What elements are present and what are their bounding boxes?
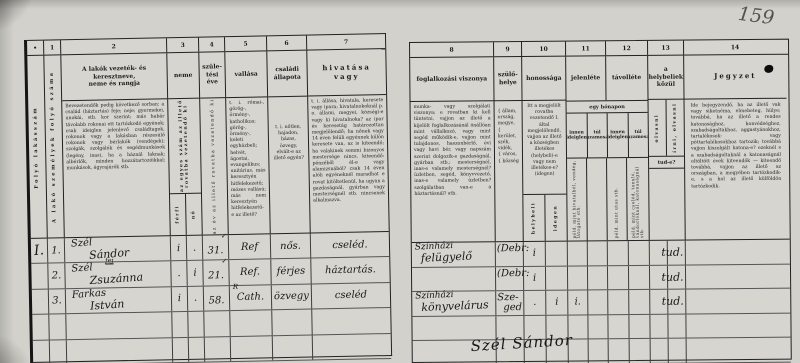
cell-stranger-mark: i bbox=[546, 291, 568, 315]
page-number-handwritten: 159 bbox=[737, 3, 776, 29]
family-status-title: családi állapota bbox=[267, 51, 307, 98]
col-number: 13 bbox=[648, 41, 684, 55]
occupation-instructions: t. i. állása, hivatala, keresete vagy ip… bbox=[308, 95, 389, 232]
col-number: 6 bbox=[267, 36, 307, 51]
col-citizenship: honossága Itt a megjelölt rovatba vezete… bbox=[522, 57, 568, 241]
cell-empty bbox=[67, 338, 173, 363]
can-do-band: tud-e? bbox=[649, 156, 684, 169]
cell-absence-mark bbox=[608, 290, 629, 314]
cell-write-mark: tud. bbox=[668, 290, 686, 314]
birth-year-title: szüle- tési éve bbox=[199, 52, 225, 98]
presence-example bbox=[587, 158, 607, 240]
col-number: 10 bbox=[522, 42, 566, 56]
cell-empty bbox=[608, 315, 629, 339]
col-number: 8 bbox=[410, 42, 494, 57]
cell-empty bbox=[313, 334, 391, 360]
col-occupation: hivatása vagy t. i. állása, hivatala, ke… bbox=[307, 49, 388, 232]
right-data-rows: Színházifelügyelő (Debr: i tud. (Debr: i… bbox=[412, 239, 791, 363]
cell-empty bbox=[50, 340, 67, 363]
table-row: Színházifelügyelő (Debr: i tud. bbox=[412, 240, 790, 268]
col-number: • bbox=[27, 41, 44, 55]
cell-empty bbox=[668, 314, 686, 338]
literacy-title: a helybeliek közül bbox=[648, 56, 683, 100]
table-row bbox=[413, 338, 791, 363]
absence-example: péld. mint cseléd, tanuló, vándorlóknál,… bbox=[627, 158, 648, 240]
cell-empty bbox=[629, 315, 650, 339]
cell-dwelling-no: I. bbox=[31, 239, 48, 264]
cell-presence-mark bbox=[588, 241, 608, 265]
cell-absence-mark bbox=[629, 290, 650, 314]
cell-empty bbox=[204, 311, 230, 336]
cell-stranger-mark bbox=[546, 242, 568, 266]
cell-write-mark: tud. bbox=[668, 241, 686, 265]
cell-name: Szél Zsuzánna bbox=[65, 262, 171, 288]
employment-relation-instructions: munka- vagy szolgálati viszonya; e rovat… bbox=[411, 101, 495, 242]
absence-title: távolléte bbox=[606, 56, 648, 100]
cell-empty bbox=[312, 308, 390, 334]
male-subcolumn: férfi bbox=[170, 194, 187, 235]
cell-empty bbox=[173, 337, 189, 362]
col-number: 4 bbox=[199, 37, 225, 51]
col-number: 7 bbox=[307, 34, 385, 49]
cell-family-status: férjes bbox=[271, 259, 311, 284]
census-sheet-left-page: • 1 2 3 4 5 6 7 Folyó lakásszám A lakó s… bbox=[24, 33, 392, 363]
citizenship-instructions: Itt a megjelölt rovatba vezetendő I. ált… bbox=[523, 101, 567, 194]
cell-female-mark: . bbox=[187, 236, 203, 261]
cell-local-mark: . bbox=[524, 291, 546, 315]
name-column-instructions: Bevezetendők pedig következő sorban: a c… bbox=[62, 99, 170, 237]
col-literacy: a helybeliek közül olvasni írni, olvasni… bbox=[648, 56, 686, 240]
cell-religion: RCath. bbox=[230, 285, 272, 310]
col-sex: neme az egyes szám az illető rovatba vez… bbox=[167, 53, 202, 236]
sex-column-instructions: az egyes szám az illető rovatba vezetend… bbox=[179, 99, 191, 193]
female-subcolumn: nő bbox=[186, 194, 202, 235]
person-number-label: A lakó személyek folyó száma bbox=[50, 70, 58, 223]
read-write-subcolumn: írni, olvasni bbox=[667, 100, 684, 156]
cell-birthplace: (Debr: bbox=[496, 242, 524, 266]
check-mark: ✓ bbox=[221, 258, 227, 266]
cell-religion: Ref. bbox=[229, 260, 271, 285]
cell-name: Farkas István bbox=[66, 287, 172, 313]
table-row: (Debr: i tud. bbox=[412, 264, 790, 292]
cell-empty bbox=[49, 314, 66, 339]
table-row bbox=[412, 313, 790, 341]
cell-empty bbox=[66, 312, 172, 338]
cell-employment: Színházifelügyelő bbox=[412, 242, 496, 266]
cell-family-status: nős. bbox=[271, 234, 311, 259]
census-sheet-right-page: 8 9 10 11 12 13 14 foglalkozási viszonya… bbox=[409, 39, 792, 363]
check-mark: ✓ bbox=[221, 232, 227, 240]
presence-example: péld. mint hivatalból, vendég, látogató … bbox=[567, 158, 587, 240]
cell-dwelling-no bbox=[31, 264, 48, 289]
cell-birth-year: ✓31. bbox=[203, 235, 229, 260]
citizenship-title: honossága bbox=[522, 57, 565, 101]
col-number: 12 bbox=[606, 41, 648, 55]
col-number: 3 bbox=[167, 38, 199, 53]
birthplace-line: { kerület, bbox=[498, 128, 519, 141]
cell-write-mark: tud. bbox=[668, 265, 686, 289]
cell-presence-mark bbox=[568, 266, 588, 290]
left-header: Folyó lakásszám A lakó személyek folyó s… bbox=[27, 49, 388, 238]
cell-dwelling-no bbox=[32, 289, 49, 314]
cell-empty bbox=[588, 315, 608, 339]
table-row: Színházikönyvelárus Sze-ged . i i. tud. bbox=[412, 289, 790, 317]
col-birthplace: szülő- helye { állam, ország, megye, { k… bbox=[494, 57, 524, 241]
col-presence-absence-group: jelenléte távolléte egy hónapon innen id… bbox=[566, 56, 650, 241]
presence-title: jelenléte bbox=[566, 56, 606, 100]
col-religion: vallása t. i. római-, görög-, örmény-, k… bbox=[225, 51, 270, 234]
cell-empty bbox=[651, 339, 669, 363]
dwelling-number-label: Folyó lakásszám bbox=[34, 105, 41, 188]
cell-male-mark: . bbox=[171, 261, 187, 286]
col-employment-relation: foglalkozási viszonya munka- vagy szolgá… bbox=[410, 57, 496, 242]
cell-stranger-mark bbox=[546, 266, 568, 290]
over-month-prolonged: túl huzamosan bbox=[628, 113, 648, 157]
absence-example: péld. mint utas stb. bbox=[607, 158, 628, 240]
birthplace-title: szülő- helye bbox=[494, 57, 521, 101]
col-name: A lakók vezeték- és keresztneve, neme és… bbox=[61, 53, 170, 237]
cell-empty bbox=[630, 339, 651, 363]
ink-blot bbox=[764, 65, 773, 73]
cell-name: Szél Sándor fej bbox=[65, 236, 171, 262]
family-status-instructions: t. i. nőtlen, hajadon, házas, özvegy, el… bbox=[268, 97, 310, 234]
employment-relation-title: foglalkozási viszonya bbox=[410, 57, 493, 102]
col-number: 1 bbox=[44, 40, 61, 54]
cell-presence-mark: i. bbox=[568, 291, 588, 315]
birth-year-instructions: az év az illető rovatba vezetendő ki bbox=[210, 98, 218, 234]
cell-birthplace: (Debr: bbox=[496, 267, 524, 291]
religion-instructions: t. i. római-, görög-, örmény-, katholiku… bbox=[226, 97, 270, 234]
cell-empty bbox=[230, 310, 272, 335]
stranger-subcolumn: idegen bbox=[545, 195, 566, 241]
cell-empty bbox=[686, 313, 788, 337]
cell-male-mark: i bbox=[172, 287, 188, 312]
name-column-title: A lakók vezeték- és keresztneve, neme és… bbox=[61, 53, 167, 101]
cell-person-no: 2. bbox=[48, 264, 65, 289]
cell-empty bbox=[231, 336, 273, 361]
cell-female-mark: . bbox=[188, 286, 204, 311]
remarks-title: Jegyzet bbox=[684, 55, 786, 100]
cell-empty bbox=[687, 338, 789, 362]
cell-birth-year: ✓21. bbox=[203, 260, 229, 285]
religion-title: vallása bbox=[225, 51, 267, 98]
cell-empty bbox=[188, 312, 204, 337]
cell-empty bbox=[609, 339, 630, 363]
cell-empty bbox=[272, 310, 312, 335]
cell-empty bbox=[33, 340, 50, 363]
cell-occupation: cseléd. bbox=[311, 232, 389, 258]
cell-presence-mark bbox=[568, 241, 588, 265]
col-birth-year: szüle- tési éve az év az illető rovatba … bbox=[199, 52, 228, 234]
col-number: 2 bbox=[61, 38, 167, 54]
cell-empty bbox=[205, 337, 231, 362]
cell-birthplace: Sze-ged bbox=[496, 291, 524, 315]
cell-empty bbox=[189, 337, 205, 362]
birthplace-line: { város, bbox=[498, 152, 519, 158]
col-number: 9 bbox=[494, 42, 522, 56]
cell-empty bbox=[589, 340, 609, 363]
cell-empty bbox=[32, 315, 49, 340]
cell-presence-mark bbox=[588, 290, 608, 314]
col-family-status: családi állapota t. i. nőtlen, hajadon, … bbox=[267, 51, 310, 234]
cell-empty bbox=[669, 339, 687, 363]
birthplace-line: { község bbox=[498, 159, 519, 165]
cell-absence-mark bbox=[608, 266, 629, 290]
cell-occupation: háztartás. bbox=[311, 257, 389, 283]
cell-family-status: özvegy bbox=[272, 284, 312, 309]
scanned-census-sheet: { "page": { "corner_number": "159" }, "l… bbox=[0, 0, 800, 363]
cell-absence-mark bbox=[629, 265, 650, 289]
cell-absence-mark bbox=[629, 241, 650, 265]
col-number: 14 bbox=[684, 40, 786, 55]
within-month-temporary: innen ideiglen bbox=[567, 113, 588, 157]
cell-occupation: cseléd bbox=[312, 283, 390, 309]
cell-remark bbox=[686, 264, 788, 288]
local-subcolumn: helybeli bbox=[523, 195, 545, 241]
cell-empty bbox=[650, 315, 668, 339]
cell-presence-mark bbox=[588, 266, 608, 290]
within-month-temporary: innen ideiglen bbox=[608, 113, 629, 157]
remarks-instructions: Ide bejegyzendő, ha az illető vak vagy s… bbox=[685, 99, 788, 240]
over-month-prolonged: túl huzamosan bbox=[587, 113, 608, 157]
cell-empty bbox=[172, 312, 188, 337]
cell-employment bbox=[412, 267, 496, 291]
occupation-title: hivatása vagy bbox=[307, 49, 386, 96]
col-number: 11 bbox=[566, 41, 606, 55]
col-remarks: Jegyzet Ide bejegyzendő, ha az illető va… bbox=[684, 55, 788, 240]
cell-male-mark: i bbox=[171, 236, 187, 261]
one-month-band: egy hónapon bbox=[567, 100, 648, 114]
cell-employment: Színházikönyvelárus bbox=[412, 291, 496, 315]
sex-column-title: neme bbox=[167, 53, 199, 100]
cell-remark bbox=[686, 240, 788, 264]
cell-religion: Ref bbox=[229, 234, 271, 259]
cell-absence-mark bbox=[608, 241, 629, 265]
cell-empty bbox=[273, 335, 313, 360]
col-number: 5 bbox=[225, 36, 267, 51]
cell-person-no: 1. bbox=[48, 238, 65, 263]
cell-female-mark: i bbox=[187, 261, 203, 286]
right-header: foglalkozási viszonya munka- vagy szolgá… bbox=[410, 55, 790, 242]
read-subcolumn: olvasni bbox=[649, 100, 667, 156]
cell-person-no: 3. bbox=[49, 289, 66, 314]
left-data-rows: I. 1. Szél Sándor fej i . ✓31. Ref nős. … bbox=[31, 231, 391, 363]
cell-remark bbox=[686, 289, 788, 313]
cell-birth-year: 58. bbox=[204, 286, 230, 311]
